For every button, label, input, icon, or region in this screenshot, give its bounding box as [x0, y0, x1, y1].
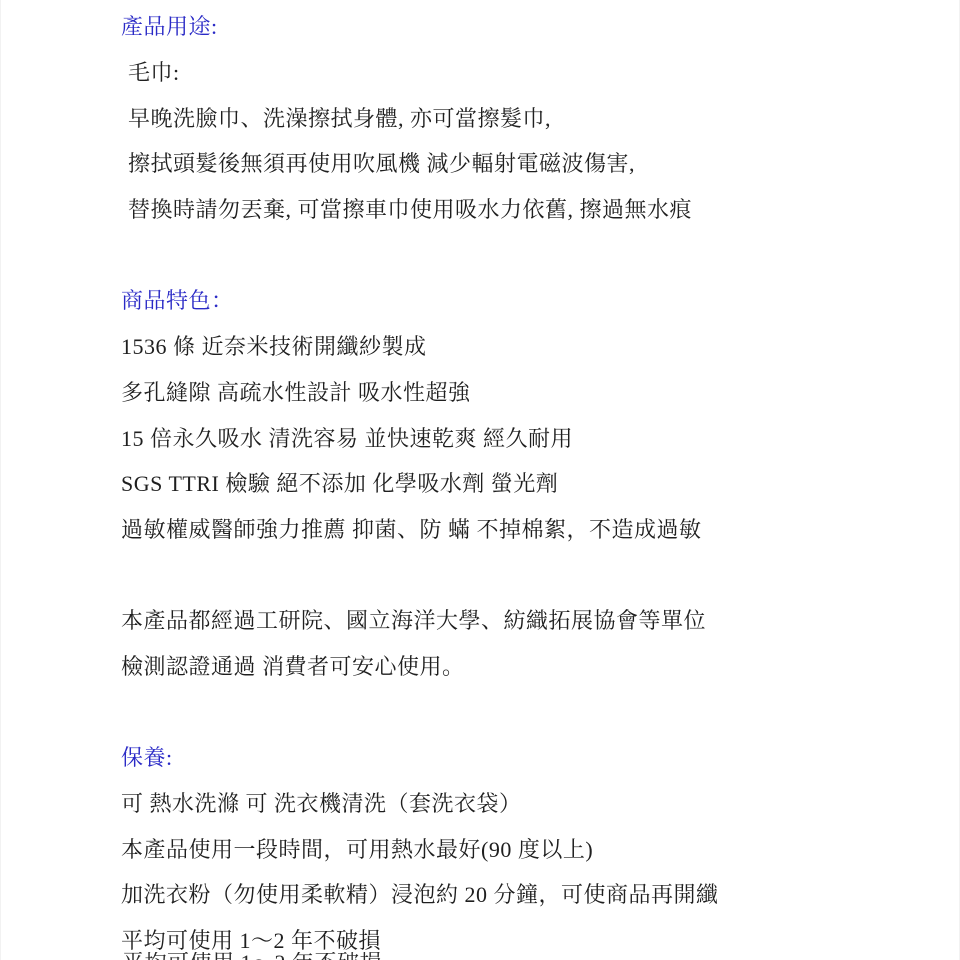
text-line: 加洗衣粉（勿使用柔軟精）浸泡約 20 分鐘，可使商品再開纖: [121, 871, 959, 917]
text-line: 本產品使用一段時間，可用熱水最好(90 度以上): [121, 825, 959, 871]
section-heading: 產品用途:: [121, 3, 959, 49]
text-line: 替換時請勿丟棄, 可當擦車巾使用吸水力依舊, 擦過無水痕: [121, 186, 959, 232]
section-heading: 商品特色：: [121, 277, 959, 323]
document-section: 產品用途:毛巾:早晚洗臉巾、洗澡擦拭身體, 亦可當擦髮巾,擦拭頭髮後無須再使用吹…: [121, 3, 959, 231]
text-line: 可 熱水洗滌 可 洗衣機清洗（套洗衣袋）: [121, 780, 959, 826]
section-heading: 保養:: [121, 734, 959, 780]
document-section: 商品特色：1536 條 近奈米技術開纖紗製成多孔縫隙 高疏水性設計 吸水性超強1…: [121, 277, 959, 551]
text-line: 檢測認證通過 消費者可安心使用。: [121, 643, 959, 689]
document-page: 產品用途:毛巾:早晚洗臉巾、洗澡擦拭身體, 亦可當擦髮巾,擦拭頭髮後無須再使用吹…: [0, 0, 960, 960]
text-line: 過敏權威醫師強力推薦 抑菌、防 蟎 不掉棉絮，不造成過敏: [121, 506, 959, 552]
text-line: 毛巾:: [121, 49, 959, 95]
document-section: 本產品都經過工研院、國立海洋大學、紡織拓展協會等單位檢測認證通過 消費者可安心使…: [121, 597, 959, 688]
product-description-document: 產品用途:毛巾:早晚洗臉巾、洗澡擦拭身體, 亦可當擦髮巾,擦拭頭髮後無須再使用吹…: [121, 3, 959, 960]
text-line: 擦拭頭髮後無須再使用吹風機 減少輻射電磁波傷害,: [121, 140, 959, 186]
text-line: 1536 條 近奈米技術開纖紗製成: [121, 323, 959, 369]
text-line: 15 倍永久吸水 清洗容易 並快速乾爽 經久耐用: [121, 414, 959, 460]
document-section: 保養:可 熱水洗滌 可 洗衣機清洗（套洗衣袋）本產品使用一段時間，可用熱水最好(…: [121, 734, 959, 960]
text-line: SGS TTRI 檢驗 絕不添加 化學吸水劑 螢光劑: [121, 460, 959, 506]
bottom-truncated-text-line: 平均可使用 1～2 年不破損: [122, 952, 382, 960]
text-line: 多孔縫隙 高疏水性設計 吸水性超強: [121, 369, 959, 415]
text-line: 早晚洗臉巾、洗澡擦拭身體, 亦可當擦髮巾,: [121, 94, 959, 140]
text-line: 本產品都經過工研院、國立海洋大學、紡織拓展協會等單位: [121, 597, 959, 643]
